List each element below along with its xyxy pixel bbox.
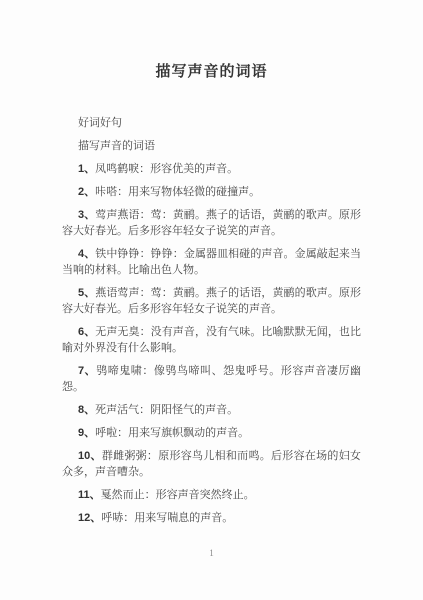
list-item: 10、群雌粥粥：原形容鸟儿相和而鸣。后形容在场的妇女众多，声音嘈杂。	[62, 448, 361, 480]
list-item: 8、死声活气：阴阳怪气的声音。	[62, 402, 361, 418]
item-number: 12、	[78, 512, 101, 524]
item-number: 7、	[78, 365, 96, 377]
item-text: 呼哧：用来写喘息的声音。	[101, 512, 233, 524]
item-number: 9、	[78, 427, 95, 439]
list-item: 3、莺声燕语：莺：黄鹂。燕子的话语，黄鹂的歌声。原形容大好春光。后多形容年轻女子…	[62, 207, 361, 239]
item-text: 无声无臭：没有声音，没有气味。比喻默默无闻，也比喻对外界没有什么影响。	[62, 326, 361, 354]
item-text: 咔嗒：用来写物体轻微的碰撞声。	[95, 186, 260, 198]
list-item: 2、咔嗒：用来写物体轻微的碰撞声。	[62, 184, 361, 200]
item-text: 群雌粥粥：原形容鸟儿相和而鸣。后形容在场的妇女众多，声音嘈杂。	[62, 450, 361, 478]
heading-block: 好词好句 描写声音的词语	[62, 115, 361, 154]
list-item: 11、戛然而止：形容声音突然终止。	[62, 487, 361, 503]
list-item: 1、凤鸣鹤唳：形容优美的声音。	[62, 161, 361, 177]
list-item: 7、鸮啼鬼啸：像鸮鸟啼叫、怨鬼呼号。形容声音凄厉幽怨。	[62, 363, 361, 395]
item-number: 4、	[78, 248, 95, 260]
list-item: 12、呼哧：用来写喘息的声音。	[62, 510, 361, 526]
item-text: 鸮啼鬼啸：像鸮鸟啼叫、怨鬼呼号。形容声音凄厉幽怨。	[62, 365, 361, 393]
item-text: 燕语莺声：莺：黄鹂。燕子的话语，黄鹂的歌声。原形容大好春光。后多形容年轻女子说笑…	[62, 287, 361, 315]
list-item: 5、燕语莺声：莺：黄鹂。燕子的话语，黄鹂的歌声。原形容大好春光。后多形容年轻女子…	[62, 285, 361, 317]
list-item: 9、呼啦：用来写旗帜飘动的声音。	[62, 425, 361, 441]
item-number: 3、	[78, 209, 95, 221]
page-number: 1	[0, 548, 423, 558]
list-item: 6、无声无臭：没有声音，没有气味。比喻默默无闻，也比喻对外界没有什么影响。	[62, 324, 361, 356]
item-number: 11、	[78, 489, 101, 501]
subheading: 描写声音的词语	[62, 138, 361, 154]
item-number: 8、	[78, 404, 95, 416]
item-text: 莺声燕语：莺：黄鹂。燕子的话语，黄鹂的歌声。原形容大好春光。后多形容年轻女子说笑…	[62, 209, 361, 237]
item-text: 死声活气：阴阳怪气的声音。	[95, 404, 238, 416]
item-text: 铁中铮铮：铮铮：金属器皿相碰的声音。金属敲起来当当响的材料。比喻出色人物。	[62, 248, 361, 276]
item-text: 戛然而止：形容声音突然终止。	[101, 489, 255, 501]
item-number: 5、	[78, 287, 95, 299]
item-text: 呼啦：用来写旗帜飘动的声音。	[95, 427, 249, 439]
item-number: 6、	[78, 326, 95, 338]
section-heading: 好词好句	[62, 115, 361, 131]
item-number: 1、	[78, 163, 95, 175]
document-body: 好词好句 描写声音的词语 1、凤鸣鹤唳：形容优美的声音。 2、咔嗒：用来写物体轻…	[0, 115, 423, 526]
item-number: 2、	[78, 186, 95, 198]
list-item: 4、铁中铮铮：铮铮：金属器皿相碰的声音。金属敲起来当当响的材料。比喻出色人物。	[62, 246, 361, 278]
document-page: 描写声音的词语 好词好句 描写声音的词语 1、凤鸣鹤唳：形容优美的声音。 2、咔…	[0, 0, 423, 600]
page-title: 描写声音的词语	[0, 0, 423, 81]
item-number: 10、	[78, 450, 102, 462]
item-text: 凤鸣鹤唳：形容优美的声音。	[95, 163, 238, 175]
